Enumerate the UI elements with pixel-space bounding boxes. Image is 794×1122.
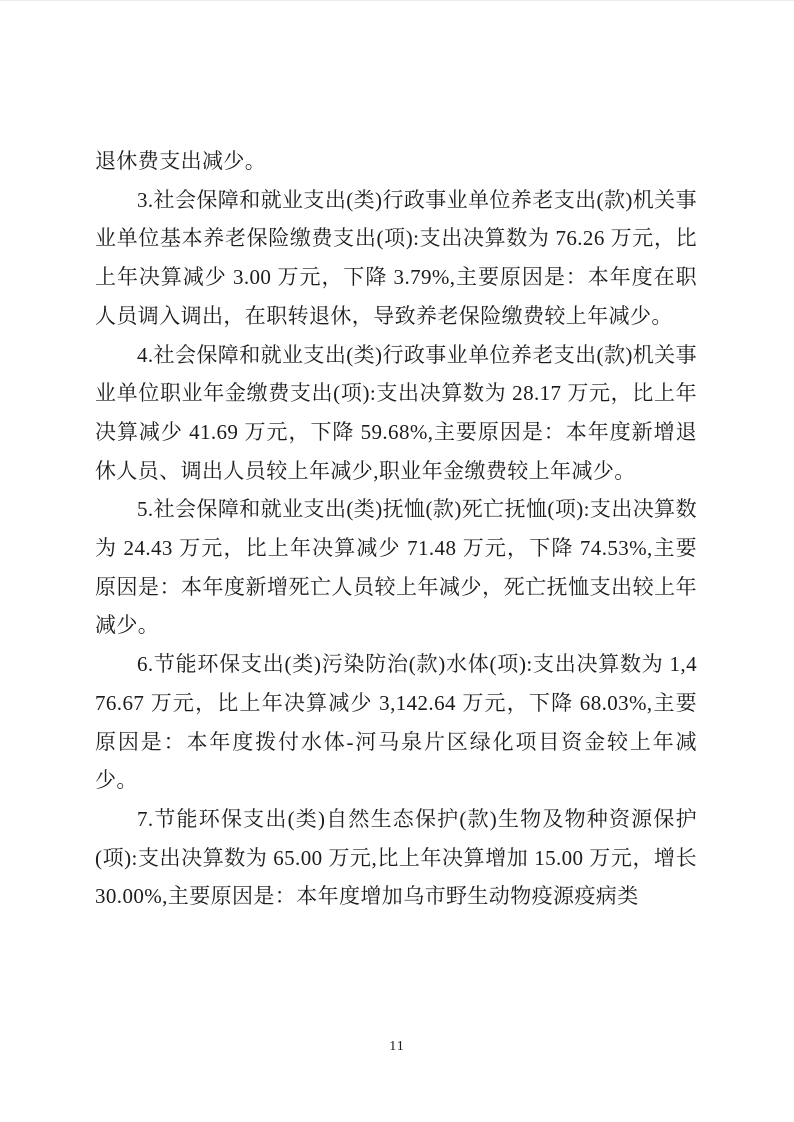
page-number: 11 <box>389 1039 404 1054</box>
paragraph-continuation: 退休费支出减少。 <box>95 142 697 181</box>
paragraph-item-6: 6.节能环保支出(类)污染防治(款)水体(项):支出决算数为 1,476.67 … <box>95 645 697 800</box>
paragraph-item-4: 4.社会保障和就业支出(类)行政事业单位养老支出(款)机关事业单位职业年金缴费支… <box>95 336 697 491</box>
paragraph-item-5: 5.社会保障和就业支出(类)抚恤(款)死亡抚恤(项):支出决算数为 24.43 … <box>95 490 697 645</box>
paragraph-item-7: 7.节能环保支出(类)自然生态保护(款)生物及物种资源保护(项):支出决算数为 … <box>95 800 697 916</box>
paragraph-item-3: 3.社会保障和就业支出(类)行政事业单位养老支出(款)机关事业单位基本养老保险缴… <box>95 181 697 336</box>
page-footer: 11 <box>0 1037 794 1055</box>
document-body: 退休费支出减少。 3.社会保障和就业支出(类)行政事业单位养老支出(款)机关事业… <box>95 142 697 916</box>
document-page: 退休费支出减少。 3.社会保障和就业支出(类)行政事业单位养老支出(款)机关事业… <box>0 0 794 1122</box>
